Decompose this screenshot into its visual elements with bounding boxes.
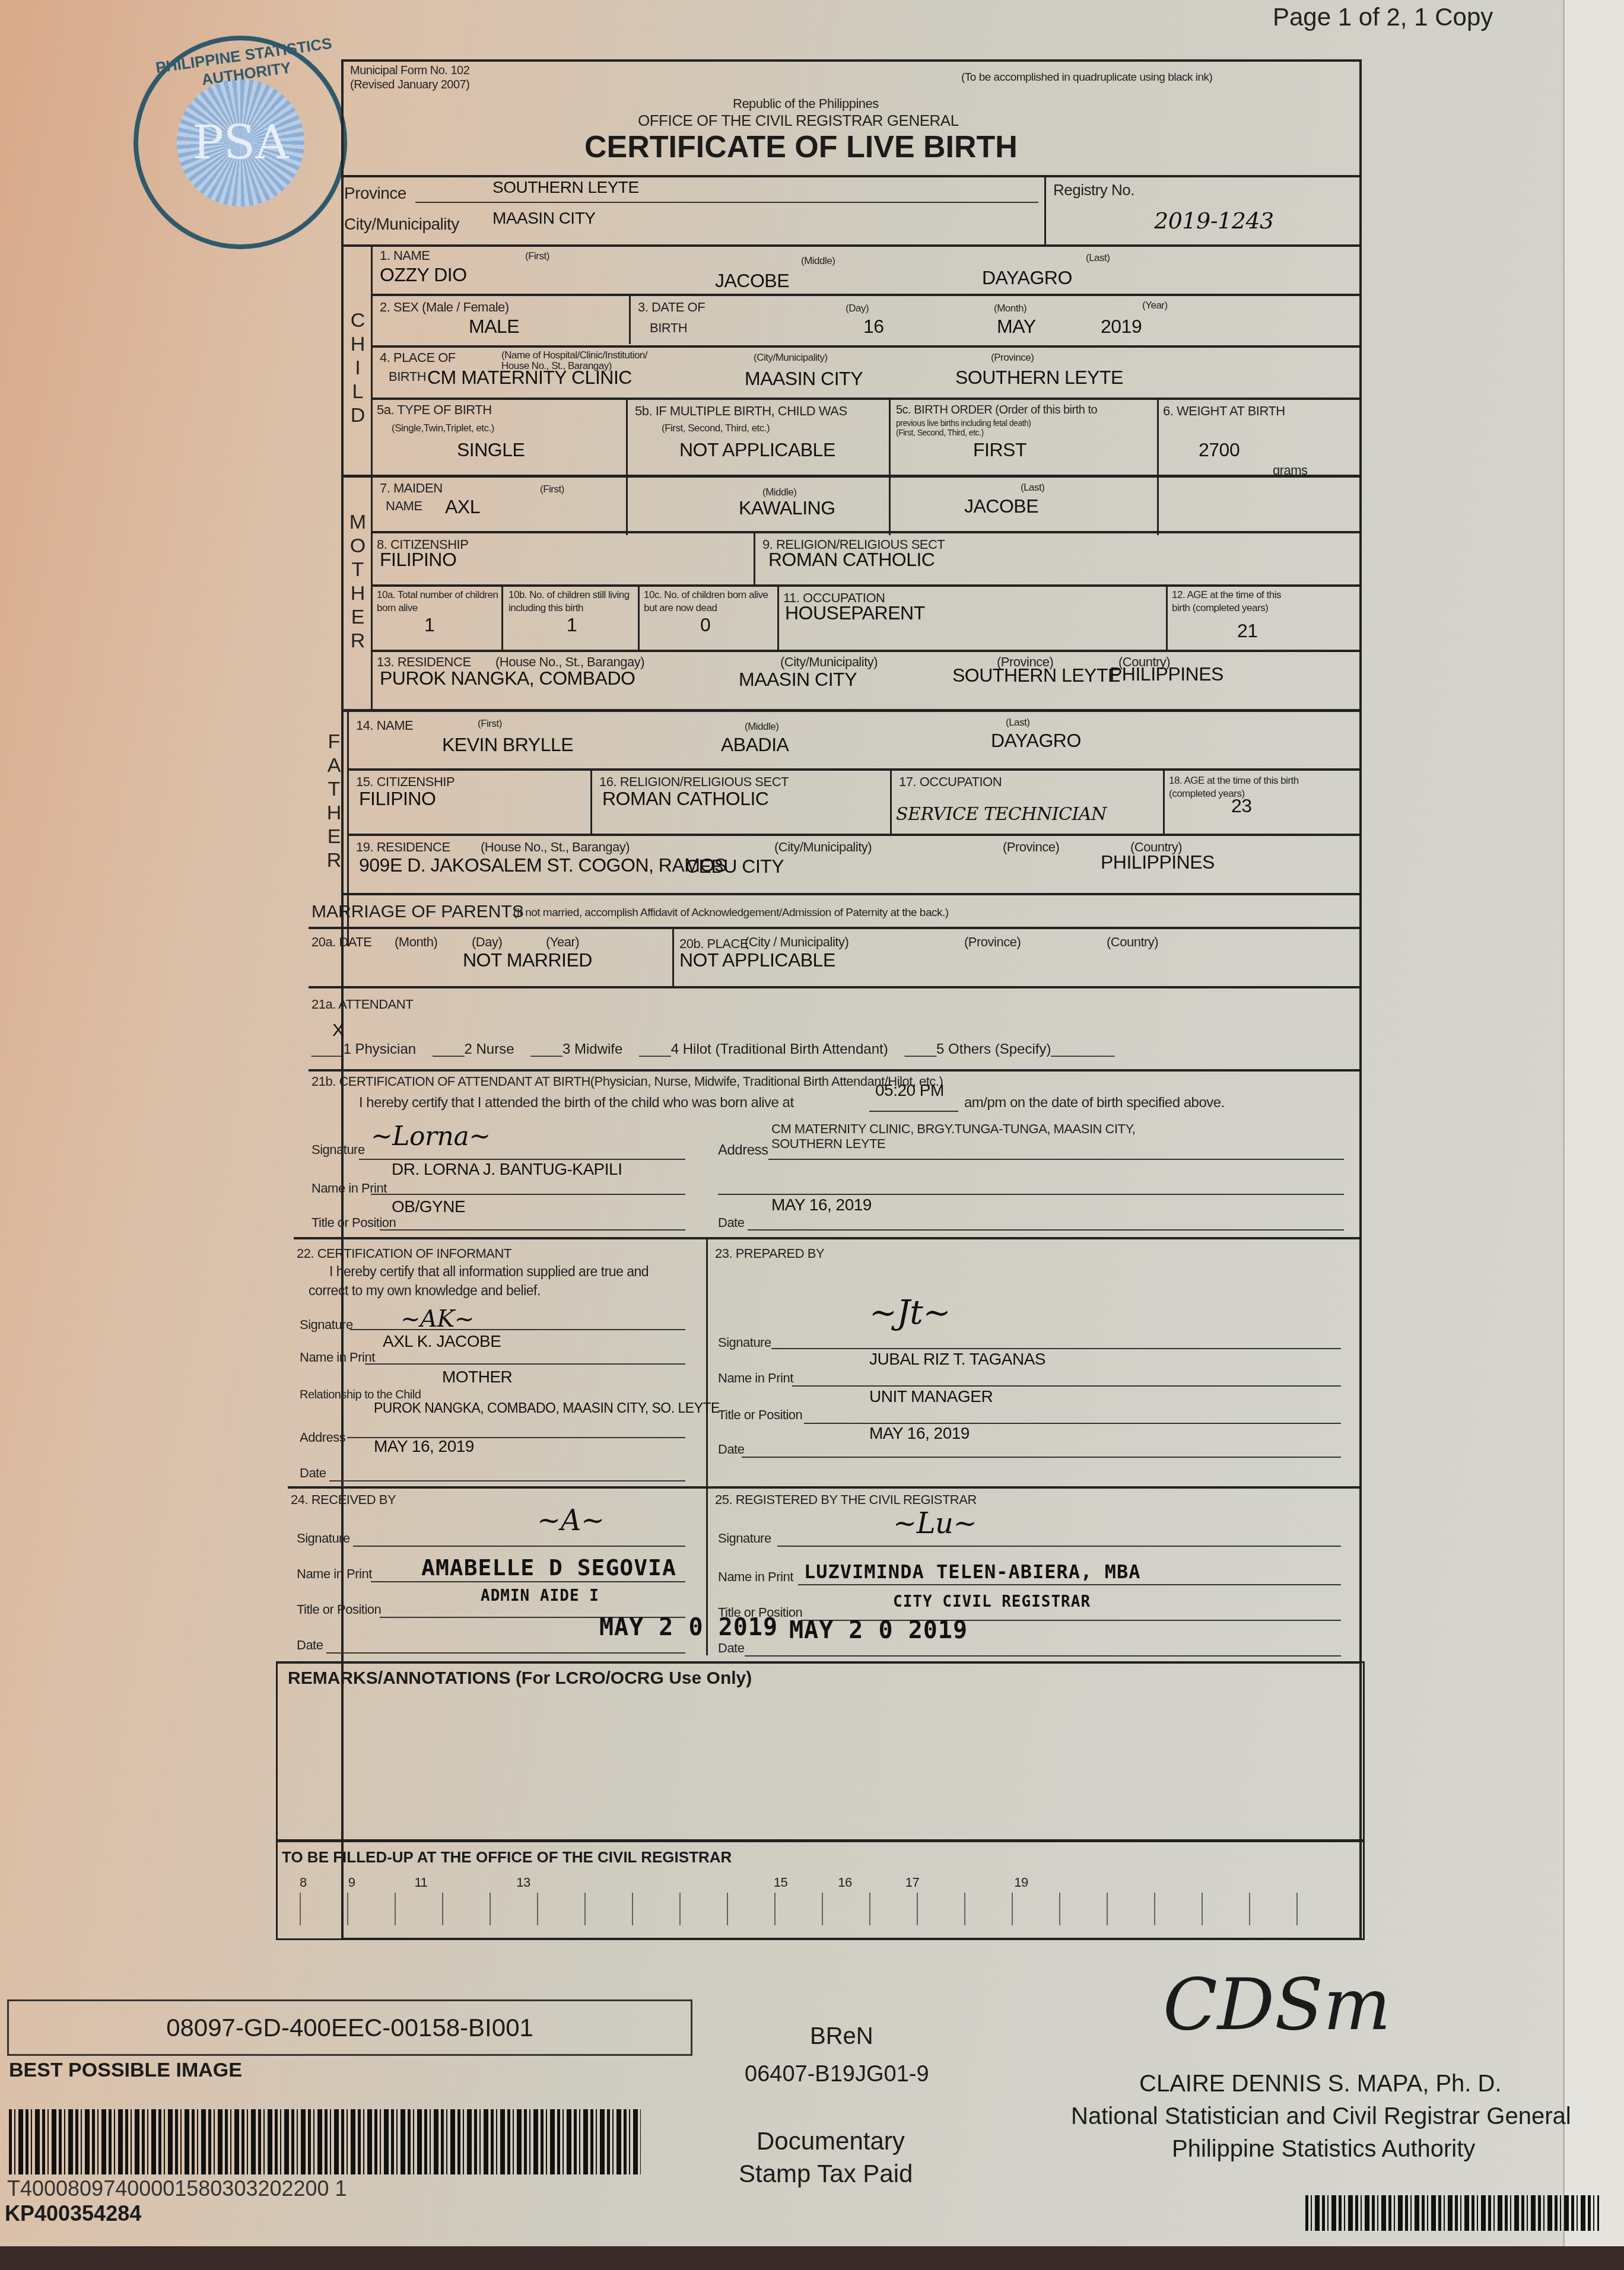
weight-label: 6. WEIGHT AT BIRTH	[1163, 403, 1285, 419]
first-label: (First)	[525, 250, 549, 262]
registrar-title: CITY CIVIL REGISTRAR	[893, 1593, 1091, 1611]
middle-label: (Middle)	[745, 721, 778, 733]
mother-residence: PUROK NANGKA, COMBADO	[380, 667, 635, 689]
signature-label: Signature	[718, 1531, 771, 1546]
province-label: Province	[344, 184, 406, 203]
registrar-date: MAY 2 0 2019	[789, 1617, 968, 1644]
code-number: 9	[348, 1875, 355, 1890]
divider	[347, 768, 1362, 771]
attendant-date: MAY 16, 2019	[771, 1196, 872, 1215]
dob-label-2: BIRTH	[650, 320, 687, 336]
registrar-signature: ~Lu~	[893, 1507, 977, 1540]
registrar-general-signature: CDSm	[1163, 1964, 1391, 2046]
child-sex: MALE	[469, 316, 519, 338]
child-last-name: DAYAGRO	[982, 267, 1072, 289]
underline	[365, 1363, 685, 1365]
divider	[347, 834, 1362, 836]
divider	[341, 475, 1362, 478]
month-hint: (Month)	[395, 934, 437, 950]
informant-name: AXL K. JACOBE	[383, 1332, 501, 1351]
mother-religion: ROMAN CATHOLIC	[768, 549, 935, 571]
mother-name-label-2: NAME	[386, 498, 422, 514]
underline	[415, 202, 1038, 203]
pob-city: MAASIN CITY	[745, 368, 863, 390]
father-age: 23	[1231, 795, 1252, 817]
month-label: (Month)	[994, 303, 1026, 314]
date-label: Date	[718, 1442, 744, 1457]
mother-citizenship: FILIPINO	[380, 549, 456, 571]
total-alive: 1	[424, 614, 434, 636]
document-code-box: 08097-GD-400EEC-00158-BI001	[7, 1999, 692, 2056]
divider	[371, 475, 373, 712]
divider	[1166, 584, 1168, 650]
divider	[1157, 398, 1159, 535]
address-label: Address	[718, 1142, 768, 1159]
mother-section-label: MOTHER	[346, 510, 370, 653]
barcode-icon	[9, 2109, 641, 2174]
barcode-number: T40008097400001580303202200 1	[7, 2176, 347, 2201]
attendant-signature: ~Lorna~	[371, 1121, 491, 1152]
receiver-signature: ~A~	[537, 1504, 605, 1537]
city-hint: (City/Municipality)	[774, 840, 872, 855]
father-residence-label: 19. RESIDENCE	[356, 840, 450, 855]
form-revised: (Revised January 2007)	[350, 78, 469, 92]
preparer-signature: ~Jt~	[869, 1293, 951, 1332]
birth-weight: 2700	[1199, 439, 1240, 461]
divider	[1044, 175, 1046, 246]
mother-occupation: HOUSEPARENT	[785, 602, 925, 624]
office-use-codes: 8 9 11 13 15 16 17 19	[300, 1875, 1028, 1890]
type-of-birth-label: 5a. TYPE OF BIRTH	[377, 402, 492, 418]
divider	[890, 768, 892, 835]
attendant-address-line-2: SOUTHERN LEYTE	[771, 1136, 885, 1152]
sex-label: 2. SEX (Male / Female)	[380, 300, 509, 315]
child-name-label: 1. NAME	[380, 248, 430, 263]
receiver-name: AMABELLE D SEGOVIA	[421, 1554, 676, 1581]
underline	[768, 1159, 1344, 1160]
divider	[1163, 768, 1165, 835]
divider	[341, 893, 1362, 895]
divider	[629, 294, 631, 344]
still-living: 1	[567, 614, 577, 636]
title-label: Title or Position	[297, 1602, 381, 1617]
informant-relationship: MOTHER	[442, 1368, 512, 1387]
secondary-barcode-icon	[1305, 2195, 1599, 2231]
attendant-cert-label: 21b. CERTIFICATION OF ATTENDANT AT BIRTH…	[312, 1074, 943, 1089]
registry-label: Registry No.	[1053, 181, 1134, 199]
underline	[798, 1584, 1341, 1585]
father-occupation-label: 17. OCCUPATION	[899, 774, 1002, 790]
birth-time: 05:20 PM	[875, 1081, 944, 1100]
remarks-label: REMARKS/ANNOTATIONS (For LCRO/OCRG Use O…	[288, 1668, 752, 1689]
birth-month: MAY	[997, 316, 1035, 338]
city-hint: (City/Municipality)	[780, 654, 878, 670]
best-image-label: BEST POSSIBLE IMAGE	[9, 2059, 242, 2082]
divider	[371, 398, 1362, 400]
country-hint: (Country)	[1107, 934, 1158, 950]
attendant-mark: X	[332, 1020, 344, 1041]
divider	[754, 531, 755, 586]
underline	[742, 1457, 1341, 1458]
divider	[889, 398, 891, 535]
marriage-date-label: 20a. DATE	[312, 934, 371, 950]
date-label: Date	[297, 1638, 323, 1653]
stamp-tax-line-1: Documentary	[757, 2127, 905, 2155]
background-surface	[0, 2246, 1624, 2270]
page-title: CERTIFICATE OF LIVE BIRTH	[584, 129, 1018, 165]
signature-label: Signature	[312, 1142, 365, 1158]
type-of-birth: SINGLE	[457, 439, 525, 461]
informant-address: PUROK NANGKA, COMBADO, MAASIN CITY, SO. …	[374, 1400, 720, 1416]
father-country: PHILIPPINES	[1101, 851, 1215, 873]
birth-order-label: 5c. BIRTH ORDER (Order of this birth to	[896, 403, 1097, 417]
registry-number: 2019-1243	[1154, 208, 1274, 234]
divider	[626, 398, 628, 535]
father-residence: 909E D. JAKOSALEM ST. COGON, RAMOS	[359, 854, 727, 876]
underline	[371, 1581, 685, 1582]
mother-age: 21	[1237, 620, 1258, 642]
signatory-name: CLAIRE DENNIS S. MAPA, Ph. D.	[1139, 2071, 1502, 2097]
father-middle-name: ABADIA	[721, 734, 789, 756]
first-label: (First)	[540, 484, 564, 495]
divider	[777, 584, 779, 650]
prepared-by-label: 23. PREPARED BY	[715, 1246, 824, 1261]
divider	[309, 986, 1362, 988]
informant-date: MAY 16, 2019	[374, 1437, 474, 1456]
date-label: Date	[718, 1215, 744, 1231]
mother-last-name: JACOBE	[964, 495, 1038, 517]
signature-line	[350, 1329, 685, 1330]
day-hint: (Day)	[472, 934, 502, 950]
marriage-place: NOT APPLICABLE	[679, 949, 835, 971]
first-label: (First)	[478, 718, 502, 730]
mother-middle-name: KAWALING	[739, 497, 835, 519]
signatory-org: Philippine Statistics Authority	[1172, 2136, 1475, 2163]
bren-number: 06407-B19JG01-9	[745, 2062, 929, 2087]
informant-statement-2: correct to my own knowledge and belief.	[309, 1283, 541, 1299]
date-label: Date	[300, 1465, 326, 1481]
registrar-name: LUZVIMINDA TELEN-ABIERA, MBA	[804, 1560, 1140, 1583]
document-code: 08097-GD-400EEC-00158-BI001	[166, 2014, 533, 2042]
code-number: 11	[415, 1875, 428, 1890]
divider	[309, 927, 1362, 929]
bren-label: BReN	[810, 2023, 873, 2050]
attendant-option-others[interactable]: ____5 Others (Specify)________	[905, 1041, 1115, 1058]
attendant-name: DR. LORNA J. BANTUG-KAPILI	[392, 1160, 622, 1179]
divider	[371, 345, 1362, 348]
code-number: 16	[838, 1875, 851, 1890]
pob-province: SOUTHERN LEYTE	[955, 367, 1123, 389]
informant-statement: I hereby certify that all information su…	[329, 1264, 649, 1280]
child-first-name: OZZY DIO	[380, 264, 467, 286]
signature-label: Signature	[718, 1335, 771, 1350]
underline	[745, 1655, 1341, 1657]
address-label: Address	[300, 1430, 345, 1445]
marriage-note: (If not married, accomplish Affidavit of…	[513, 907, 949, 920]
received-by-label: 24. RECEIVED BY	[291, 1492, 396, 1508]
divider	[288, 1486, 1362, 1489]
multiple-birth: NOT APPLICABLE	[679, 439, 835, 461]
underline	[748, 1229, 1344, 1231]
attendant-address-line-1: CM MATERNITY CLINIC, BRGY.TUNGA-TUNGA, M…	[771, 1121, 1135, 1137]
name-label: Name in Print	[297, 1566, 372, 1582]
father-first-name: KEVIN BRYLLE	[442, 734, 573, 756]
signature-line	[771, 1348, 1341, 1349]
day-label: (Day)	[846, 303, 869, 314]
mother-name-label: 7. MAIDEN	[380, 481, 443, 496]
signature-line	[777, 1546, 1341, 1547]
mother-country: PHILIPPINES	[1110, 663, 1223, 685]
type-of-birth-hint: (Single,Twin,Triplet, etc.)	[392, 422, 494, 434]
code-number: 8	[300, 1875, 307, 1890]
pob-label: 4. PLACE OF	[380, 350, 456, 365]
serial-number: KP400354284	[5, 2201, 141, 2226]
attendant-option-hilot[interactable]: ____4 Hilot (Traditional Birth Attendant…	[639, 1041, 888, 1058]
father-religion: ROMAN CATHOLIC	[602, 788, 768, 810]
divider	[371, 650, 1362, 652]
divider	[501, 584, 503, 650]
middle-label: (Middle)	[801, 255, 835, 267]
city-hint: (City / Municipality)	[745, 934, 848, 950]
year-label: (Year)	[1142, 300, 1168, 311]
attendant-option-physician[interactable]: ____1 Physician	[312, 1041, 416, 1058]
marriage-title: MARRIAGE OF PARENTS	[312, 902, 524, 922]
divider	[371, 531, 1362, 533]
divider	[294, 1237, 1362, 1239]
divider	[341, 175, 1362, 177]
attendant-label: 21a. ATTENDANT	[312, 997, 413, 1012]
informant-label: 22. CERTIFICATION OF INFORMANT	[297, 1246, 511, 1261]
stamp-tax-line-2: Stamp Tax Paid	[739, 2160, 913, 2188]
birth-day: 16	[863, 316, 884, 338]
certificate-form: Municipal Form No. 102 (Revised January …	[276, 59, 1365, 1940]
province-hint: (Province)	[964, 934, 1021, 950]
attendant-title: OB/GYNE	[392, 1197, 465, 1216]
name-label: Name in Print	[300, 1350, 375, 1365]
form-border	[341, 59, 1362, 1940]
signature-label: Signature	[297, 1531, 350, 1546]
signature-label: Signature	[300, 1317, 353, 1333]
name-label: Name in Print	[718, 1371, 793, 1386]
signature-line	[353, 1546, 685, 1547]
divider	[672, 927, 674, 986]
birth-order-hint: previous live births including fetal dea…	[896, 418, 1044, 437]
code-number: 15	[774, 1875, 787, 1890]
city-label: City/Municipality	[344, 215, 459, 234]
attendant-option-midwife[interactable]: ____3 Midwife	[531, 1041, 623, 1058]
still-living-label: 10b. No. of children still living includ…	[509, 589, 630, 615]
code-number: 17	[905, 1875, 919, 1890]
year-hint: (Year)	[546, 934, 579, 950]
code-number: 13	[516, 1875, 530, 1890]
province-hint: (Province)	[1003, 840, 1059, 855]
attendant-statement: I hereby certify that I attended the bir…	[359, 1095, 794, 1111]
underline	[329, 1480, 685, 1481]
title-label: Title or Position	[312, 1215, 396, 1231]
total-alive-label: 10a. Total number of children born alive	[377, 589, 498, 615]
pob-label-2: BIRTH	[389, 369, 426, 384]
father-occupation: SERVICE TECHNICIAN	[896, 804, 1107, 825]
multiple-birth-label: 5b. IF MULTIPLE BIRTH, CHILD WAS	[635, 403, 847, 419]
pob-city-label: (City/Municipality)	[754, 352, 828, 364]
mother-province: SOUTHERN LEYTE	[952, 665, 1120, 686]
residence-hint: (House No., St., Barangay)	[481, 840, 630, 855]
mother-age-label: 12. AGE at the time of this birth (compl…	[1172, 589, 1299, 615]
child-middle-name: JACOBE	[715, 270, 789, 292]
signatory-title: National Statistician and Civil Registra…	[1071, 2103, 1571, 2130]
preparer-date: MAY 16, 2019	[869, 1424, 970, 1443]
receiver-title: ADMIN AIDE I	[481, 1587, 599, 1605]
dob-label: 3. DATE OF	[638, 300, 705, 315]
form-instruction: (To be accomplished in quadruplicate usi…	[961, 71, 1212, 84]
paper-edge	[1563, 0, 1624, 2270]
city-value: MAASIN CITY	[492, 209, 595, 228]
divider	[341, 709, 1362, 712]
office-text: OFFICE OF THE CIVIL REGISTRAR GENERAL	[638, 112, 959, 130]
preparer-name: JUBAL RIZ T. TAGANAS	[869, 1350, 1045, 1369]
divider	[276, 1839, 1365, 1842]
father-name-label: 14. NAME	[356, 718, 413, 733]
province-value: SOUTHERN LEYTE	[492, 178, 639, 197]
child-section-label: CHILD	[346, 309, 370, 427]
mother-first-name: AXL	[445, 496, 480, 518]
last-label: (Last)	[1006, 717, 1029, 729]
birth-order: FIRST	[973, 439, 1026, 461]
attendant-statement-end: am/pm on the date of birth specified abo…	[964, 1095, 1225, 1111]
attendant-option-nurse[interactable]: ____2 Nurse	[433, 1041, 514, 1058]
code-number: 19	[1014, 1875, 1028, 1890]
middle-label: (Middle)	[762, 487, 796, 498]
divider	[309, 1069, 1362, 1072]
last-label: (Last)	[1086, 252, 1110, 264]
father-section-label: FATHER	[322, 730, 346, 872]
pob-province-label: (Province)	[991, 352, 1034, 364]
divider	[706, 1237, 708, 1655]
father-last-name: DAYAGRO	[991, 730, 1081, 752]
underline	[792, 1385, 1341, 1387]
pob-hospital: CM MATERNITY CLINIC	[427, 367, 632, 389]
registered-by-label: 25. REGISTERED BY THE CIVIL REGISTRAR	[715, 1492, 977, 1508]
divider	[638, 584, 640, 650]
underline	[869, 1111, 958, 1112]
preparer-title: UNIT MANAGER	[869, 1387, 993, 1406]
code-boxes	[300, 1893, 1332, 1925]
mother-city: MAASIN CITY	[739, 669, 857, 691]
marriage-date: NOT MARRIED	[463, 949, 592, 971]
father-citizenship: FILIPINO	[359, 788, 436, 810]
page-info: Page 1 of 2, 1 Copy	[1273, 3, 1493, 31]
now-dead: 0	[700, 614, 710, 636]
office-use-label: TO BE FILLED-UP AT THE OFFICE OF THE CIV…	[282, 1848, 732, 1867]
father-city: CEBU CITY	[685, 856, 784, 878]
underline	[718, 1194, 1344, 1195]
underline	[380, 1229, 685, 1231]
now-dead-label: 10c. No. of children born alive but are …	[644, 589, 771, 615]
date-label: Date	[718, 1640, 744, 1656]
underline	[371, 1194, 685, 1195]
name-label: Name in Print	[718, 1569, 793, 1585]
birth-year: 2019	[1101, 316, 1142, 338]
multiple-birth-hint: (First, Second, Third, etc.)	[662, 422, 770, 434]
divider	[371, 584, 1362, 587]
form-number: Municipal Form No. 102	[350, 64, 469, 78]
attendant-options: ____1 Physician ____2 Nurse ____3 Midwif…	[312, 1041, 1114, 1058]
divider	[590, 768, 592, 835]
underline	[326, 1652, 685, 1654]
last-label: (Last)	[1021, 482, 1044, 494]
divider	[341, 244, 1362, 247]
republic-text: Republic of the Philippines	[733, 96, 879, 112]
divider	[371, 294, 1362, 296]
title-label: Title or Position	[718, 1407, 802, 1423]
